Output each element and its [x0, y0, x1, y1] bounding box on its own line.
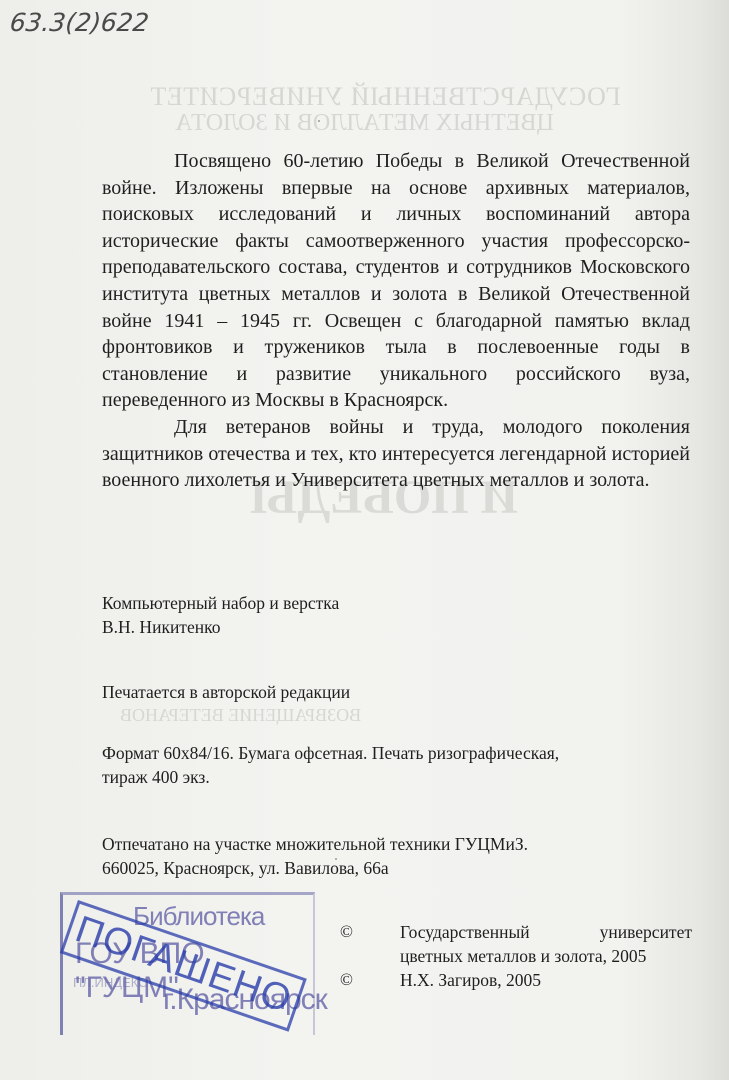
paper-speck [335, 858, 337, 860]
copyright-icon: © [340, 920, 400, 968]
abstract-paragraph: Посвящено 60-летию Победы в Великой Отеч… [102, 148, 690, 414]
format-line: Формат 60x84/16. Бумага офсетная. Печать… [102, 741, 559, 765]
copyright-icon: © [340, 968, 400, 992]
copyright-holder-cont: цветных металлов и золота, 2005 [400, 944, 692, 968]
copyright-entry: © Н.Х. Загиров, 2005 [340, 968, 692, 992]
copyright-holder: Н.Х. Загиров, 2005 [400, 968, 692, 992]
printer-line: Отпечатано на участке множительной техни… [102, 832, 528, 856]
format-info: Формат 60x84/16. Бумага офсетная. Печать… [102, 741, 559, 789]
copyright-block: © Государственный университет цветных ме… [340, 920, 692, 992]
printer-info: Отпечатано на участке множительной техни… [102, 832, 528, 880]
edition-note: Печатается в авторской редакции [102, 680, 350, 704]
bleed-through-text: ВОЗВРАЩЕНИЕ ВЕТЕРАНОВ [120, 705, 361, 726]
bleed-through-text: ЦВЕТНЫХ МЕТАЛЛОВ И ЗОЛОТА [175, 110, 554, 137]
bleed-through-text: ГОСУДАРСТВЕННЫЙ УНИВЕРСИТЕТ [150, 82, 621, 112]
document-page: ГОСУДАРСТВЕННЫЙ УНИВЕРСИТЕТ ЦВЕТНЫХ МЕТА… [0, 0, 729, 1080]
typesetting-credit: Компьютерный набор и верстка В.Н. Никите… [102, 591, 339, 639]
abstract-paragraph: Для ветеранов войны и труда, молодого по… [102, 414, 690, 494]
handwritten-call-number: 63.3(2)622 [8, 8, 150, 37]
copyright-entry: © Государственный университет цветных ме… [340, 920, 692, 968]
print-run-line: тираж 400 экз. [102, 765, 559, 789]
copyright-holder: Государственный университет [400, 920, 692, 944]
edition-note-text: Печатается в авторской редакции [102, 680, 350, 704]
printer-address: 660025, Красноярск, ул. Вавилова, 66а [102, 856, 528, 880]
typesetting-label: Компьютерный набор и верстка [102, 591, 339, 615]
typesetter-name: В.Н. Никитенко [102, 615, 339, 639]
abstract: Посвящено 60-летию Победы в Великой Отеч… [102, 148, 690, 494]
paper-speck [318, 120, 320, 122]
